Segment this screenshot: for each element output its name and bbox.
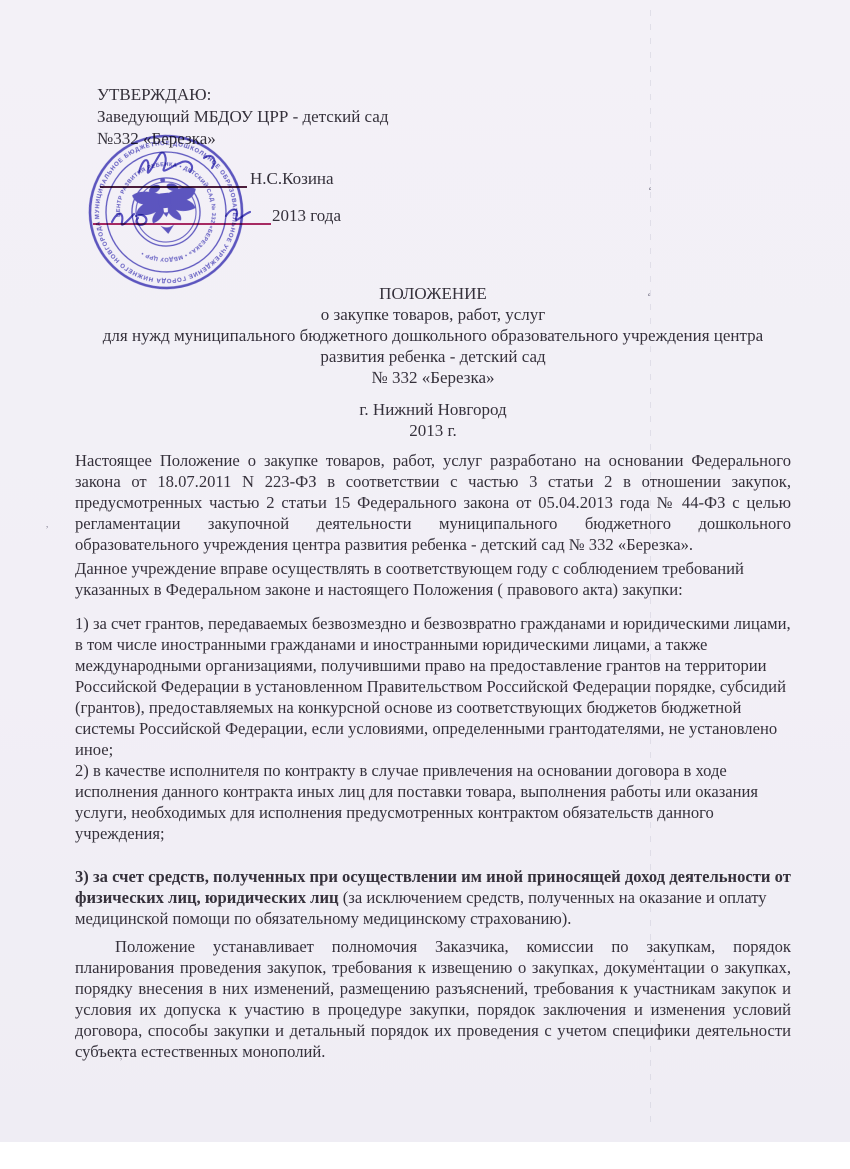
city-year-block: г. Нижний Новгород 2013 г.	[67, 399, 799, 441]
paragraph-rights: Данное учреждение вправе осуществлять в …	[75, 558, 791, 600]
approve-label: УТВЕРЖДАЮ:	[97, 84, 389, 106]
document-title-block: ПОЛОЖЕНИЕ о закупке товаров, работ, услу…	[67, 283, 799, 388]
handwritten-signature	[84, 130, 384, 294]
scan-speck: ʻ	[648, 185, 652, 197]
list-item-1: 1) за счет грантов, передаваемых безвозм…	[75, 613, 791, 760]
year-label: 2013 г.	[67, 420, 799, 441]
scanned-document-page: ʻ ʻ ʻ , , УТВЕРЖДАЮ: Заведующий МБДОУ ЦР…	[0, 0, 850, 1169]
approver-position-line1: Заведующий МБДОУ ЦРР - детский сад	[97, 106, 389, 128]
list-item-2: 2) в качестве исполнителя по контракту в…	[75, 760, 791, 844]
title-institution-line2: развития ребенка - детский сад	[67, 346, 799, 367]
scan-paper: ʻ ʻ ʻ , , УТВЕРЖДАЮ: Заведующий МБДОУ ЦР…	[0, 0, 850, 1142]
title-main: ПОЛОЖЕНИЕ	[67, 283, 799, 304]
city-label: г. Нижний Новгород	[67, 399, 799, 420]
list-item-3: 3) за счет средств, полученных при осуще…	[75, 866, 791, 929]
paragraph-scope: Положение устанавливает полномочия Заказ…	[75, 936, 791, 1062]
title-institution-line1: для нужд муниципального бюджетного дошко…	[67, 325, 799, 346]
scan-speck: ,	[46, 520, 48, 529]
title-institution-number: № 332 «Березка»	[67, 367, 799, 388]
title-subject: о закупке товаров, работ, услуг	[67, 304, 799, 325]
paragraph-basis: Настоящее Положение о закупке товаров, р…	[75, 450, 791, 555]
